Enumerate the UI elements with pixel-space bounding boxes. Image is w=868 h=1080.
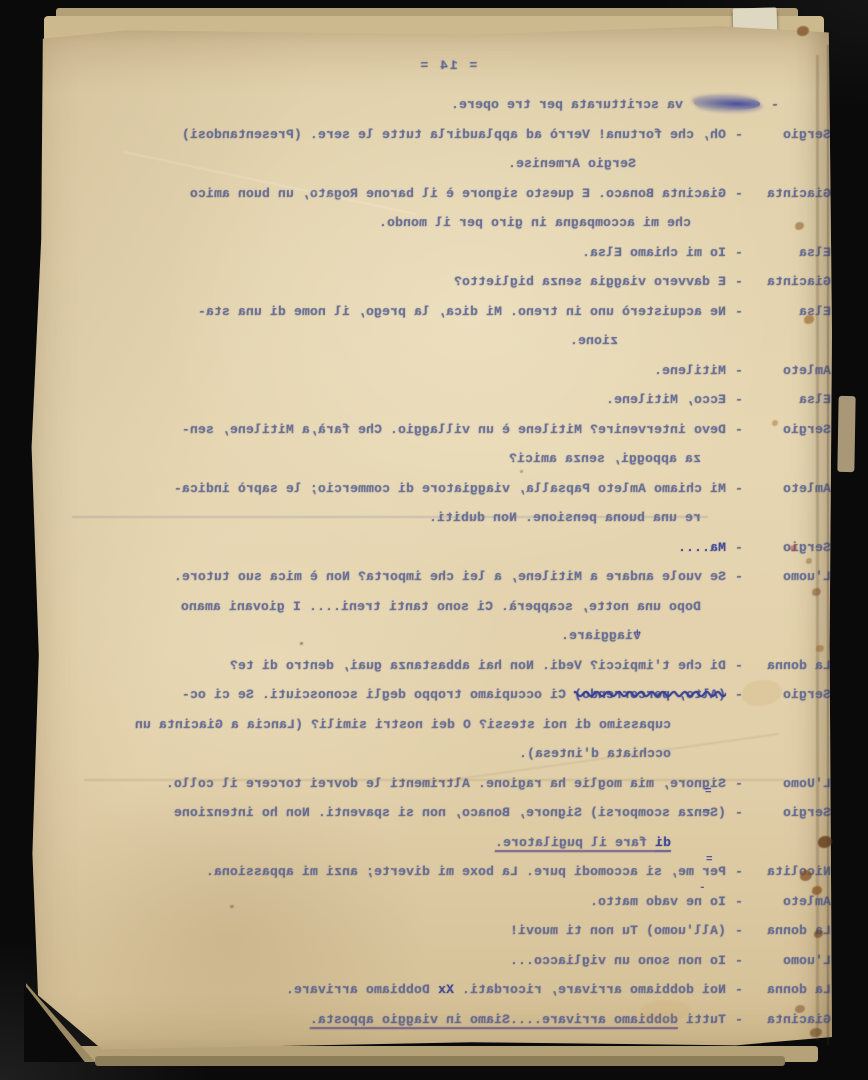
script-line: che mi accompagna in giro per il mondo. [65,215,831,245]
script-line: occhiata d'intesa). [65,746,831,776]
script-line: Amleto-Mi chiamo Amleto Papsalla, viaggi… [65,481,831,511]
speaker-dash: - [726,304,743,319]
dialogue-text: Sergio Armenise. [508,156,636,171]
speaker-dash: - [726,776,743,791]
dialogue-text: Ne acquisterò uno in treno. Mi dica, la … [198,304,726,319]
dialogue-text: Noi dobbiamo arrivare, ricordati. Xx Dob… [286,982,726,997]
script-line: La donna-Noi dobbiamo arrivare, ricordat… [65,982,831,1012]
sheet-edge-bottom [70,1046,818,1062]
sheet-edge-bottom-2 [95,1056,785,1066]
speaker-dash: - [726,481,743,496]
pen-mark: = [706,854,713,866]
dialogue-text: Io mi chiamo Elsa. [582,245,726,260]
script-line: Sergio-Oh, che fortuna! Verrò ad applaud… [65,127,831,157]
speaker-dash: - [726,1012,743,1027]
speaker-dash: - [726,953,743,968]
sheet-edge-top [56,8,798,22]
speaker-dash: - [726,392,743,407]
script-line: Sergio Armenise. [65,156,831,186]
speaker-name: Giacinta [743,274,831,289]
speaker-dash: - [726,687,743,702]
dialogue-text: Mitilene. [654,363,726,378]
speaker-dash: - [726,923,743,938]
script-line: La donna-(All'uomo) Tu non ti muovi! [65,923,831,953]
sheet-edge-right [837,396,855,472]
dialogue-text: (Alto, percorrendo) Ci occupiamo troppo … [182,687,726,702]
speaker-name: Amleto [743,481,831,496]
dialogue-text: (All'uomo) Tu non ti muovi! [510,923,726,938]
speaker-dash: - [726,864,743,879]
script-line: L'uomo-Se vuole andare a Mitilene, a lei… [65,569,831,599]
script-line: za appoggi, senza amici? [65,451,831,481]
script-line: La donna-Di che t'impicci? Vedi. Non hai… [65,658,831,688]
page-number: = 14 = [65,58,831,73]
script-line: viaggiare. [65,628,831,658]
script-line: - va scritturata per tre opere. [65,97,831,127]
speaker-dash: - [726,894,743,909]
pen-scribble [694,96,760,111]
script-line: Elsa-Ecco, Mitilene. [65,392,831,422]
speaker-name: Sergio [743,805,831,820]
speaker-dash: - [726,245,743,260]
dialogue-text: Mi chiamo Amleto Papsalla, viaggiatore d… [174,481,726,496]
speaker-dash: - [726,422,743,437]
script-line: zione. [65,333,831,363]
speaker-name: La donna [743,982,831,997]
script-line: Giacinta-Giacinta Bonaco. E questo signo… [65,186,831,216]
script-line: cupassimo di noi stessi? O dei nostri si… [65,717,831,747]
speaker-name: Sergio [743,540,831,555]
dialogue-text: Giacinta Bonaco. E questo signore è il b… [190,186,726,201]
script-line: re una buona pensione. Non dubiti. [65,510,831,540]
dialogue-text: Signore, mia moglie ha ragione. Altrimen… [166,776,726,791]
speaker-name: Elsa [743,392,831,407]
script-line: Dopo una notte, scapperà. Ci sono tanti … [65,599,831,629]
script-line: Sergio-(Senza scomporsi) Signore, Bonaco… [65,805,831,835]
speaker-dash: - [726,982,743,997]
speaker-dash: - [726,658,743,673]
dialogue-text: Dopo una notte, scapperà. Ci sono tanti … [181,599,701,614]
dialogue-text: Devo intervenire? Mitilene è un villaggi… [182,422,726,437]
script-line: Elsa-Io mi chiamo Elsa. [65,245,831,275]
speaker-name: L'Uomo [743,776,831,791]
speaker-dash: - [726,363,743,378]
script-lines: - va scritturata per tre opere.Sergio-Oh… [65,97,831,1041]
dialogue-text: Se vuole andare a Mitilene, a lei che im… [174,569,726,584]
dialogue-text: cupassimo di noi stessi? O dei nostri si… [135,717,671,732]
speaker-dash: - [726,274,743,289]
speaker-name: La donna [743,658,831,673]
dialogue-text: Ecco, Mitilene. [606,392,726,407]
dialogue-text: (Senza scomporsi) Signore, Bonaco, non s… [174,805,726,820]
script-line: Giacinta-E davvero viaggia senza bigliet… [65,274,831,304]
speaker-name: Sergio [743,422,831,437]
dialogue-text: Di che t'impicci? Vedi. Non hai abbastan… [230,658,726,673]
script-line: Giacinta-Tutti dobbiamo arrivare....Siam… [65,1012,831,1042]
dialogue-text: Io non sono un vigliacco... [510,953,726,968]
script-line: Amleto-Io ne vado matto. [65,894,831,924]
script-line: Nicolita-Per me, si accomodi pure. La bo… [65,864,831,894]
dialogue-text: occhiata d'intesa). [519,746,671,761]
dialogue-text: viaggiare. [561,628,641,643]
scanned-document-scene: { "document": { "kind": "typewritten pla… [0,0,868,1080]
script-line: L'uomo-Io non sono un vigliacco... [65,953,831,983]
dialogue-text: E davvero viaggia senza biglietto? [454,274,726,289]
dialogue-text: Io ne vado matto. [590,894,726,909]
dialogue-text: Oh, che fortuna! Verrò ad applaudirla tu… [182,127,726,142]
dialogue-text: che mi accompagna in giro per il mondo. [379,215,691,230]
pen-mark: = [705,786,712,798]
speaker-name: Nicolita [743,864,831,879]
speaker-name: Giacinta [743,1012,831,1027]
speaker-name: Elsa [743,245,831,260]
speaker-name: L'uomo [743,953,831,968]
speaker-name: Elsa [743,304,831,319]
speaker-dash: - [726,569,743,584]
pen-mark: — [703,805,710,817]
speaker-name: Giacinta [743,186,831,201]
pen-mark: - [699,882,706,894]
dialogue-text: re una buona pensione. Non dubiti. [429,510,701,525]
speaker-dash: - [726,186,743,201]
script-line: L'Uomo-Signore, mia moglie ha ragione. A… [65,776,831,806]
dialogue-text: Per me, si accomodi pure. La boxe mi div… [206,864,726,879]
script-line: di fare il pugilatore. [65,835,831,865]
dialogue-text: zione. [570,333,618,348]
dialogue-text: di fare il pugilatore. [495,835,671,850]
speaker-name: L'uomo [743,569,831,584]
speaker-name: Sergio [743,127,831,142]
dialogue-text: Ma.... [678,540,726,555]
script-line: Elsa-Ne acquisterò uno in treno. Mi dica… [65,304,831,334]
speaker-dash: - [726,127,743,142]
script-line: Sergio-Ma.... [65,540,831,570]
dialogue-text: - va scritturata per tre opere. [451,97,779,112]
pen-mark: + [634,628,641,640]
speaker-dash: - [726,805,743,820]
dialogue-text: za appoggi, senza amici? [509,451,701,466]
typewritten-content-mirrored: = 14 = - va scritturata per tre opere.Se… [65,58,831,1041]
script-line: Sergio-(Alto, percorrendo) Ci occupiamo … [65,687,831,717]
speaker-dash: - [726,540,743,555]
speaker-name: Amleto [743,363,831,378]
document-page: = 14 = - va scritturata per tre opere.Se… [30,20,832,1062]
script-line: Sergio-Devo intervenire? Mitilene è un v… [65,422,831,452]
script-line: Amleto-Mitilene. [65,363,831,393]
speaker-name: Amleto [743,894,831,909]
